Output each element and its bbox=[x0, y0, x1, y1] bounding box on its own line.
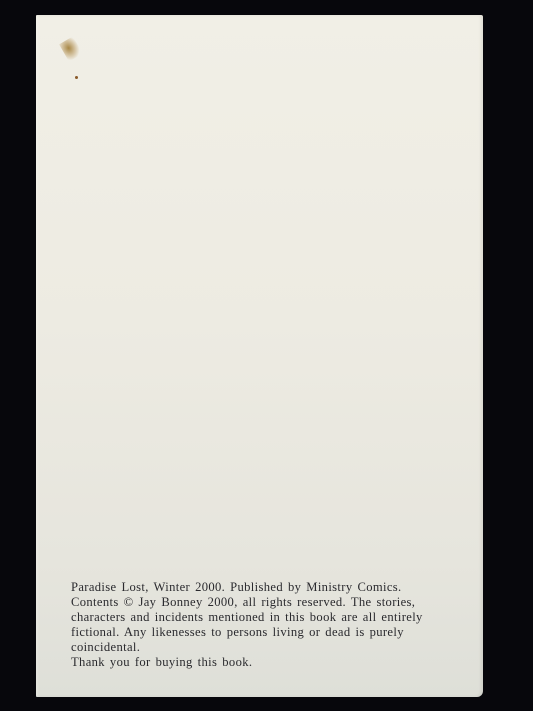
colophon-line-thanks: Thank you for buying this book. bbox=[71, 655, 461, 670]
colophon-text-block: Paradise Lost, Winter 2000. Published by… bbox=[71, 580, 461, 670]
page-stain-dot bbox=[75, 76, 78, 79]
colophon-line-disclaimer-2: fictional. Any likenesses to persons liv… bbox=[71, 625, 461, 640]
page-sheet: Paradise Lost, Winter 2000. Published by… bbox=[36, 15, 483, 697]
colophon-line-disclaimer-3: coincidental. bbox=[71, 640, 461, 655]
colophon-line-disclaimer-1: characters and incidents mentioned in th… bbox=[71, 610, 461, 625]
page-stain bbox=[59, 36, 83, 61]
colophon-line-title: Paradise Lost, Winter 2000. Published by… bbox=[71, 580, 461, 595]
colophon-line-copyright: Contents © Jay Bonney 2000, all rights r… bbox=[71, 595, 461, 610]
